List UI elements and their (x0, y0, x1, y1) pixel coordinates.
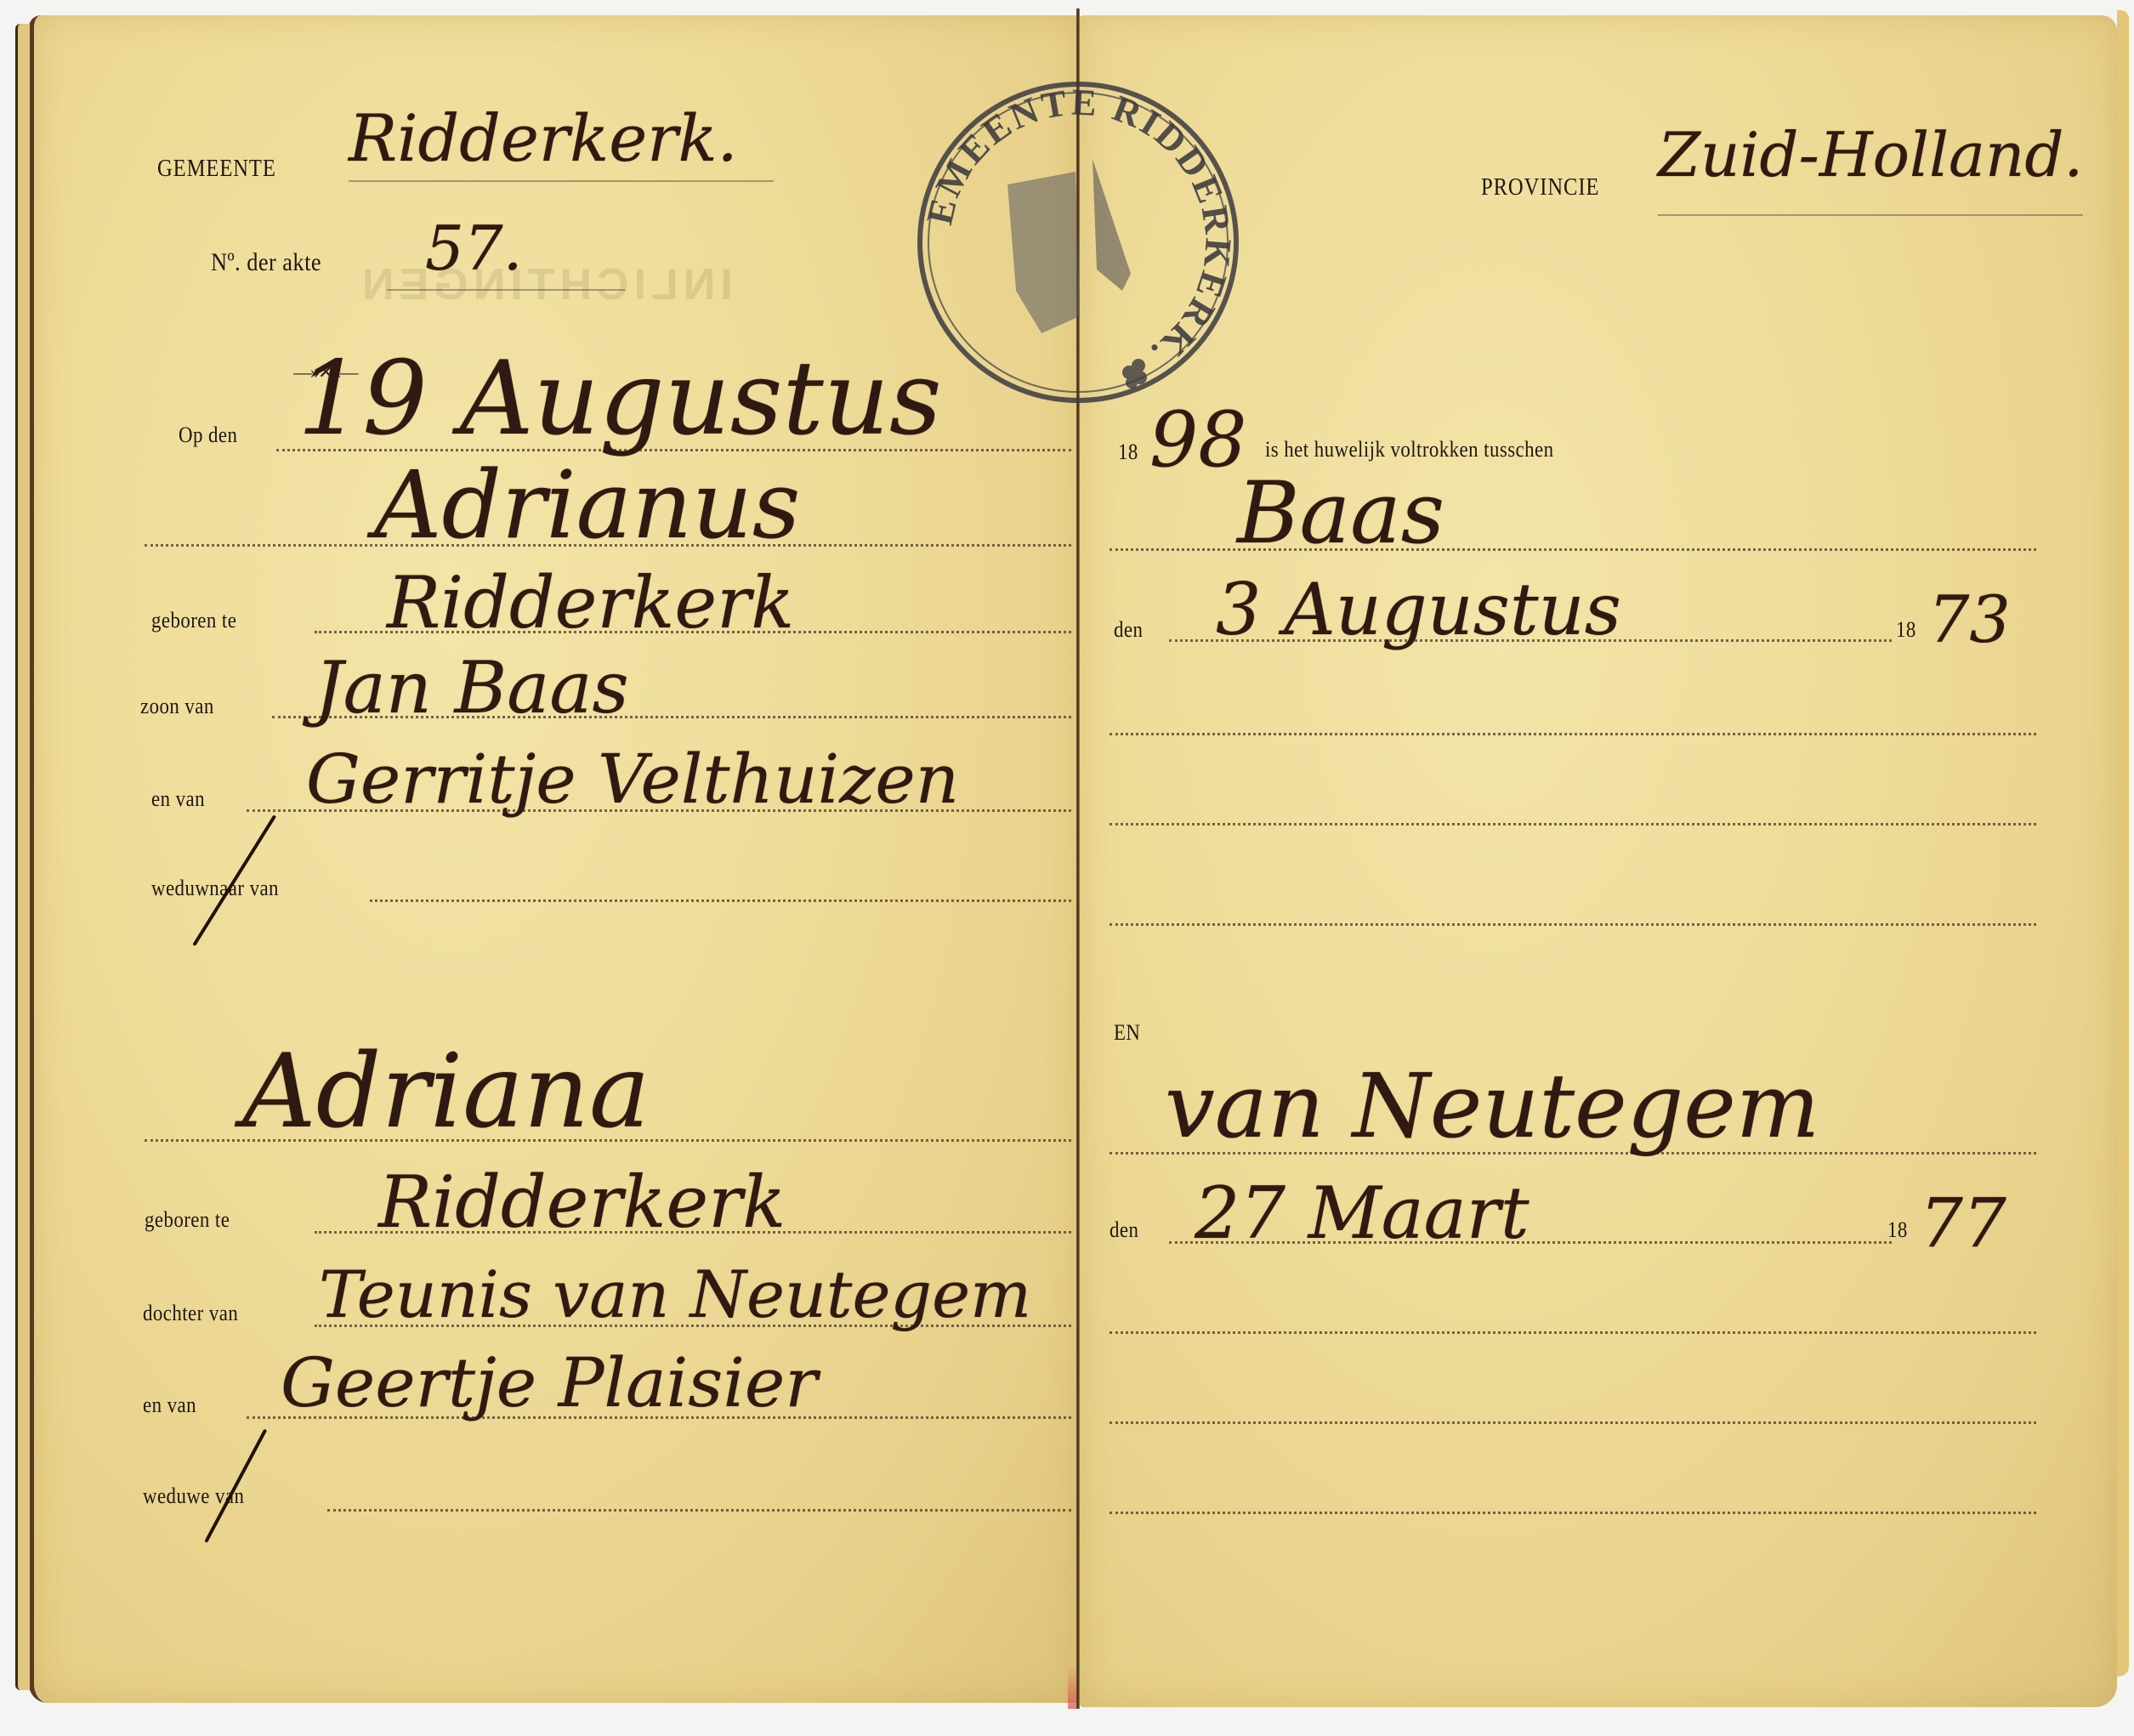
marriage-year-value: 98 (1149, 395, 1247, 485)
akte-number-label: Nº. der akte (211, 248, 321, 277)
provincie-underline (1658, 214, 2083, 216)
and-of-label: en van (151, 786, 205, 812)
groom-born-year-prefix: 18 (1896, 617, 1916, 643)
bride-born-label: geboren te (145, 1207, 230, 1233)
groom-father: Jan Baas (315, 646, 629, 729)
bride-born-year: 77 (1920, 1183, 2006, 1262)
widower-label: weduwnaar van (151, 876, 279, 901)
dotted-line (370, 899, 1071, 902)
groom-born-label: geboren te (151, 608, 236, 633)
municipal-seal-stamp: GEMEENTE RIDDERKERK. (914, 78, 1242, 406)
dotted-line (1110, 823, 2036, 825)
groom-born-date: 3 Augustus (1216, 568, 1621, 651)
bride-mother: Geertje Plaisier (281, 1343, 817, 1422)
groom-mother: Gerritje Velthuizen (306, 740, 959, 819)
bride-born-den-label: den (1110, 1217, 1138, 1243)
coat-of-arms-icon (1007, 159, 1131, 333)
bride-born-date: 27 Maart (1195, 1172, 1530, 1255)
op-den-label: Op den (179, 423, 237, 448)
dotted-line (1110, 733, 2036, 735)
groom-born-year: 73 (1928, 582, 2011, 657)
bride-last-name: van Neutegem (1165, 1054, 1819, 1158)
dotted-line (327, 1509, 1071, 1512)
daughter-of-label: dochter van (143, 1301, 238, 1326)
bride-born-year-prefix: 18 (1887, 1217, 1908, 1243)
gemeente-value: Ridderkerk. (349, 100, 738, 176)
marriage-booklet: INLICHTINGEN GEMEENTE Ridderkerk. Nº. de… (0, 0, 2134, 1736)
groom-last-name: Baas (1237, 463, 1444, 563)
dotted-line (1110, 923, 2036, 926)
en-connector-label: EN (1114, 1020, 1140, 1046)
groom-born-place: Ridderkerk (387, 561, 794, 644)
show-through-text: INLICHTINGEN (357, 259, 733, 310)
provincie-label: PROVINCIE (1481, 174, 1599, 201)
gemeente-underline (349, 180, 774, 182)
spine-red-binding (1068, 1666, 1076, 1709)
bride-first-name: Adriana (242, 1033, 650, 1151)
akte-underline (387, 289, 625, 291)
dotted-line (1110, 1421, 2036, 1424)
marriage-date-value: 19 Augustus (298, 340, 942, 458)
bride-father: Teunis van Neutegem (319, 1257, 1031, 1332)
dotted-line (1110, 1512, 2036, 1514)
groom-born-den-label: den (1114, 617, 1143, 643)
marriage-statement: is het huwelijk voltrokken tusschen (1265, 437, 1553, 462)
groom-first-name: Adrianus (374, 451, 800, 559)
dotted-line (1110, 1331, 2036, 1334)
akte-number-value: 57. (425, 213, 523, 284)
provincie-value: Zuid-Holland. (1658, 119, 2083, 190)
bride-born-place: Ridderkerk (378, 1160, 786, 1244)
bride-and-of-label: en van (143, 1393, 196, 1418)
year-prefix: 18 (1118, 440, 1138, 465)
son-of-label: zoon van (140, 694, 214, 719)
gemeente-label: GEMEENTE (157, 156, 276, 183)
